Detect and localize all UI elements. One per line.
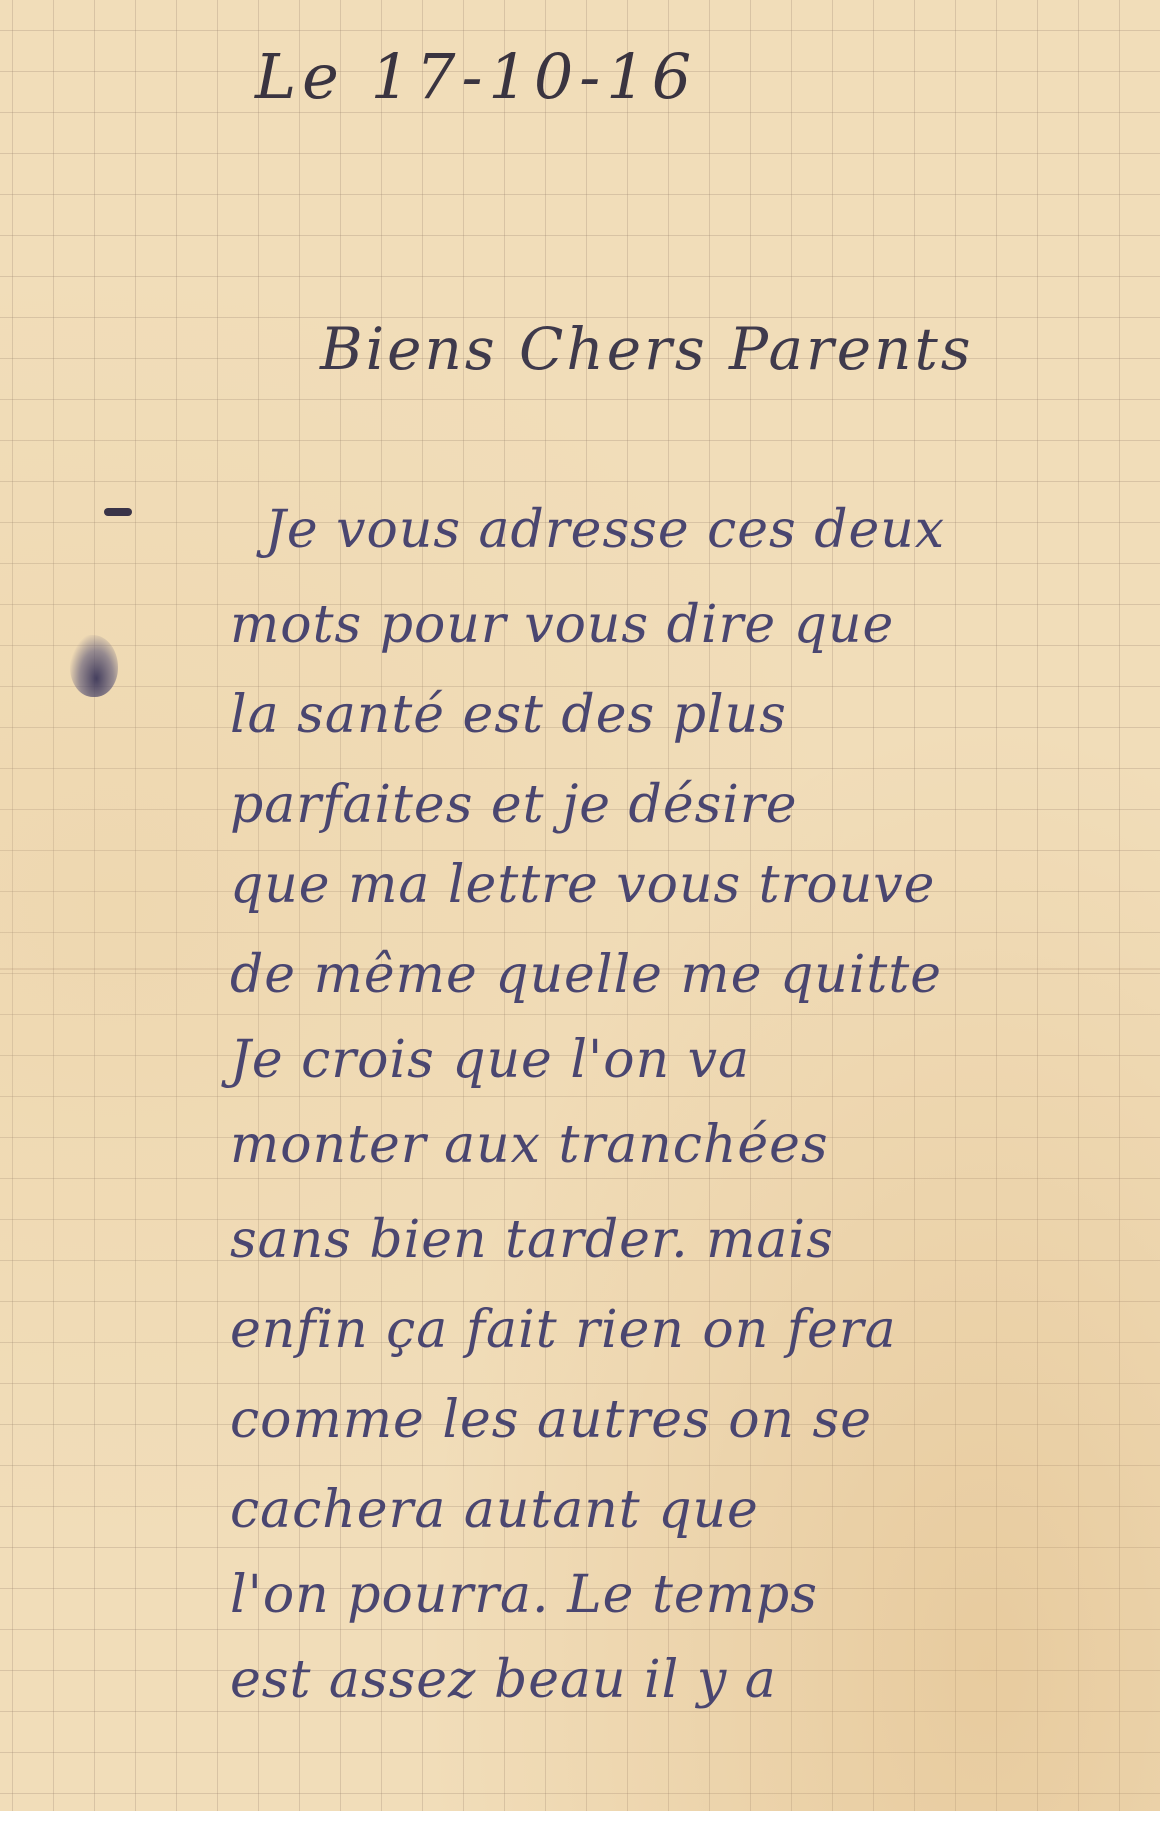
letter-line: Je crois que l'on va (230, 1030, 750, 1090)
letter-line: parfaites et je désire (230, 775, 798, 835)
letter-line: comme les autres on se (230, 1390, 872, 1450)
letter-date: Le 17-10-16 (255, 40, 697, 113)
letter-line: enfin ça fait rien on fera (230, 1300, 897, 1360)
letter-line: mots pour vous dire que (230, 595, 894, 655)
ink-dash-icon (104, 508, 132, 516)
letter-line: monter aux tranchées (230, 1115, 829, 1175)
letter-line: que ma lettre vous trouve (230, 855, 935, 915)
letter-line: la santé est des plus (230, 685, 787, 745)
letter-line: Je vous adresse ces deux (265, 500, 945, 560)
letter-line: l'on pourra. Le temps (230, 1565, 818, 1625)
letter-line: sans bien tarder. mais (230, 1210, 834, 1270)
letter-paper: Le 17-10-16 Biens Chers Parents Je vous … (0, 0, 1160, 1811)
letter-line: cachera autant que (230, 1480, 759, 1540)
ink-blot-icon (70, 635, 118, 697)
letter-line: de même quelle me quitte (230, 945, 942, 1005)
letter-salutation: Biens Chers Parents (320, 315, 974, 383)
letter-line: est assez beau il y a (230, 1650, 777, 1710)
